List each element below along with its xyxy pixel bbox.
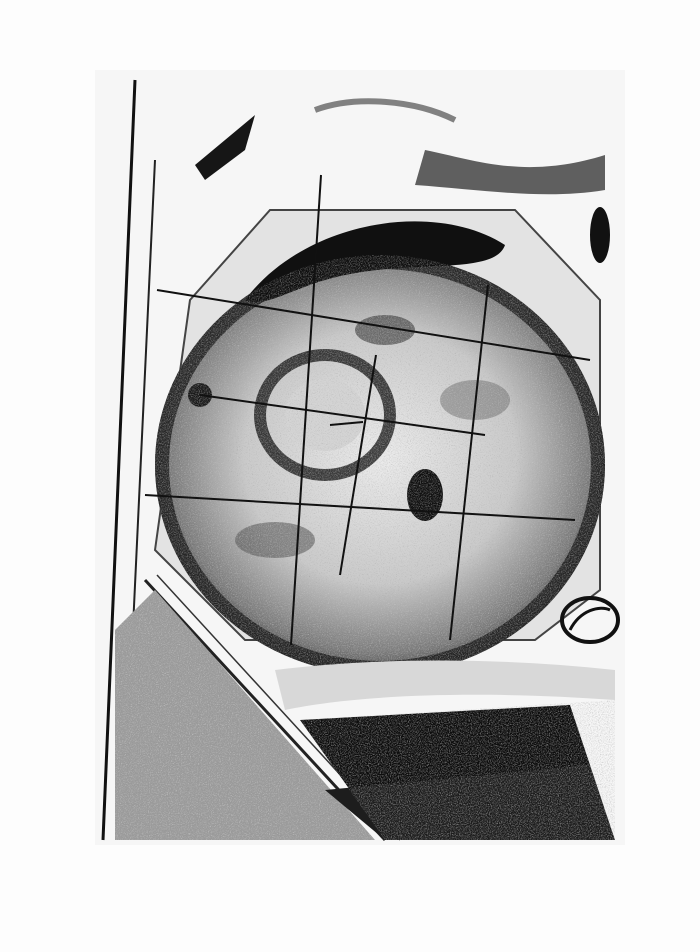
dome-photograph [95,70,625,845]
photograph-graphic [95,70,625,845]
scanned-page: ceiling dome fresco with survey grid ove… [0,0,700,952]
